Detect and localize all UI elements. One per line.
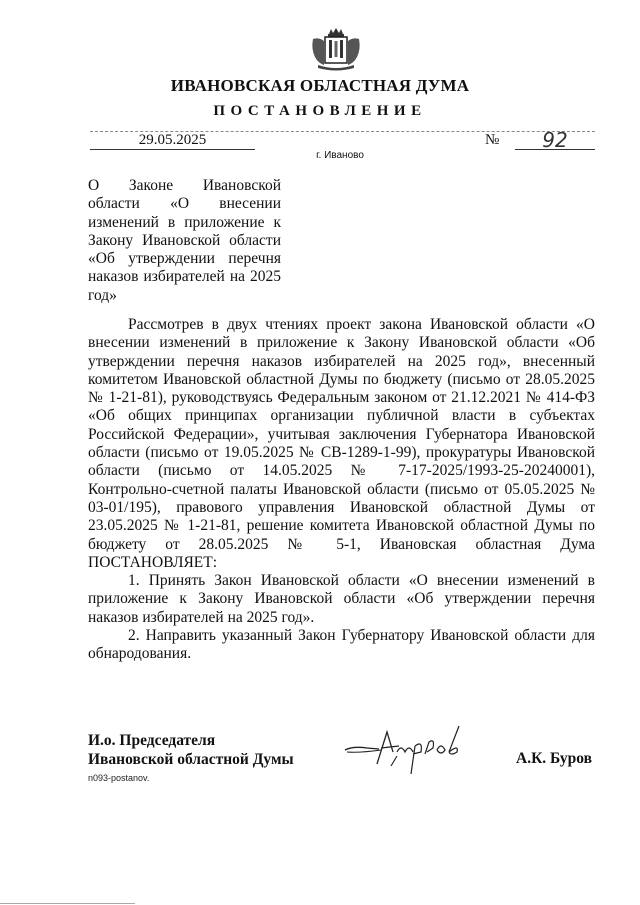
signatory-title-line2: Ивановской областной Думы xyxy=(88,751,294,770)
document-body: Рассмотрев в двух чтениях проект закона … xyxy=(88,316,595,664)
preamble-paragraph: Рассмотрев в двух чтениях проект закона … xyxy=(88,316,595,572)
number-label: № xyxy=(485,131,499,149)
handwritten-signature-icon xyxy=(343,722,473,777)
signatory-name: А.К. Буров xyxy=(516,750,592,768)
file-code: n093-postanov. xyxy=(88,773,149,783)
city: г. Иваново xyxy=(0,150,640,161)
organization-name: ИВАНОВСКАЯ ОБЛАСТНАЯ ДУМА xyxy=(0,76,640,96)
signatory-title-line1: И.о. Председателя xyxy=(88,732,294,751)
resolution-item-1: 1. Принять Закон Ивановской области «О в… xyxy=(88,572,595,627)
resolution-item-2: 2. Направить указанный Закон Губернатору… xyxy=(88,627,595,664)
document-subject: О Законе Ивановской области «О внесении … xyxy=(88,177,281,305)
document-type: ПОСТАНОВЛЕНИЕ xyxy=(0,103,640,120)
document-number: 92 xyxy=(515,131,595,150)
coat-of-arms-icon xyxy=(310,27,362,71)
document-date: 29.05.2025 xyxy=(90,131,255,150)
signatory-title: И.о. Председателя Ивановской областной Д… xyxy=(88,732,294,769)
scan-edge-line xyxy=(0,903,135,904)
